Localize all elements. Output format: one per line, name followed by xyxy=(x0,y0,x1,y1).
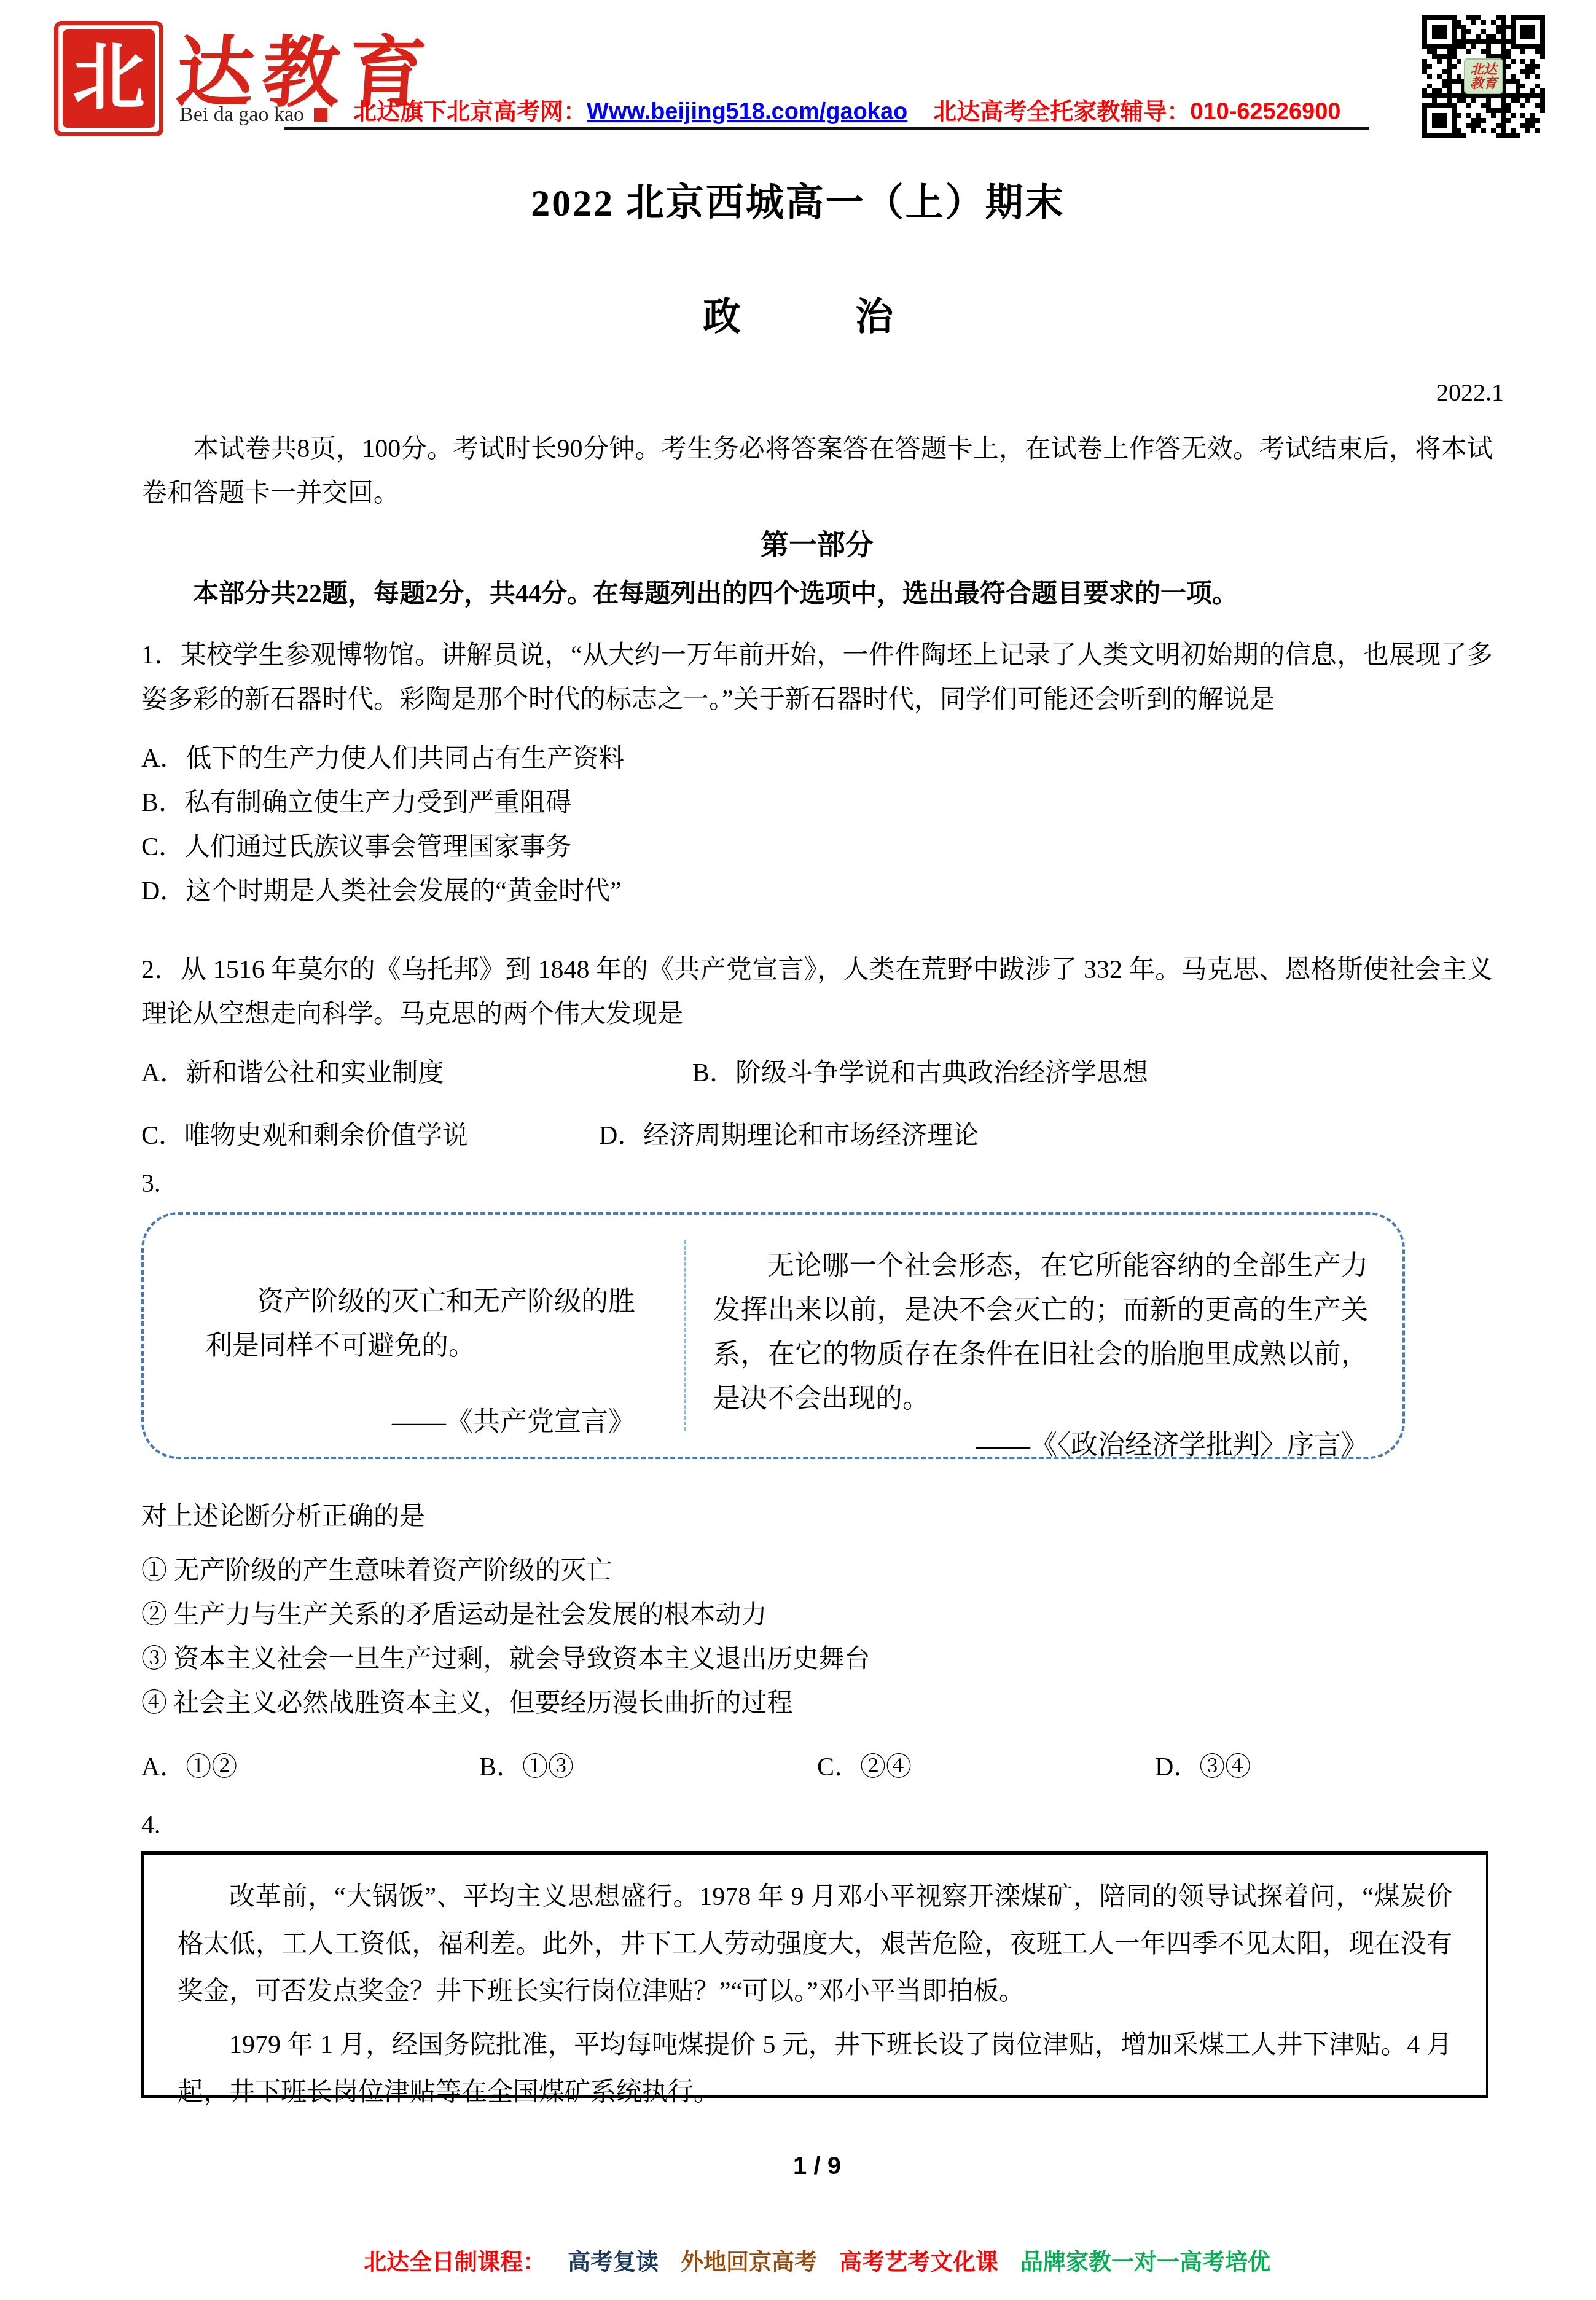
option-1a-label: A． xyxy=(141,745,186,773)
quote-left-column: 资产阶级的灭亡和无产阶级的胜利是同样不可避免的。 ——《共产党宣言》 xyxy=(144,1215,684,1457)
option-1b-label: B． xyxy=(141,789,184,817)
site-label: 北达旗下北京高考网： xyxy=(353,99,587,125)
question-3-stem: 对上述论断分析正确的是 xyxy=(141,1495,1493,1539)
option-1c[interactable]: C．人们通过氏族议事会管理国家事务 xyxy=(141,825,1493,869)
question-4-number: 4. xyxy=(141,1807,1493,1844)
question-2-option-row-1: A．新和谐公社和实业制度 B．阶级斗争学说和古典政治经济学思想 xyxy=(141,1051,1493,1095)
option-1c-label: C． xyxy=(141,833,184,861)
statement-3: ③ 资本主义社会一旦生产过剩，就会导致资本主义退出历史舞台 xyxy=(141,1637,1493,1681)
statement-1: ① 无产阶级的产生意味着资产阶级的灭亡 xyxy=(141,1549,1493,1593)
question-3-quote-box: 资产阶级的灭亡和无产阶级的胜利是同样不可避免的。 ——《共产党宣言》 无论哪一个… xyxy=(141,1212,1405,1459)
question-3-statements: ① 无产阶级的产生意味着资产阶级的灭亡 ② 生产力与生产关系的矛盾运动是社会发展… xyxy=(141,1549,1493,1726)
option-2a-text: 新和谐公社和实业制度 xyxy=(186,1059,444,1087)
seal-character: 北 xyxy=(72,42,145,115)
question-1-stem: 1．某校学生参观博物馆。讲解员说，“从大约一万年前开始，一件件陶坯上记录了人类文… xyxy=(141,633,1493,722)
question-1-number: 1． xyxy=(141,641,181,670)
page-indicator: 1 / 9 xyxy=(141,2153,1493,2180)
exam-notice: 本试卷共8页，100分。考试时长90分钟。考生务必将答案答在答题卡上，在试卷上作… xyxy=(141,427,1493,515)
option-3a-text: ①② xyxy=(186,1753,237,1782)
option-3a[interactable]: A．①② xyxy=(141,1745,479,1790)
option-3d-text: ③④ xyxy=(1199,1753,1251,1782)
question-4-material-box: 改革前，“大锅饭”、平均主义思想盛行。1978 年 9 月邓小平视察开滦煤矿，陪… xyxy=(141,1851,1488,2098)
qr-label-line1: 北达 xyxy=(1470,62,1497,76)
exam-date: 2022.1 xyxy=(0,378,1596,407)
question-2-number: 2． xyxy=(141,956,181,984)
exam-subject: 政 治 xyxy=(0,286,1596,341)
option-2a-label: A． xyxy=(141,1059,186,1087)
option-2b-label: B． xyxy=(692,1059,735,1087)
material-paragraph-2: 1979 年 1 月，经国务院批准，平均每吨煤提价 5 元，井下班长设了岗位津贴… xyxy=(178,2022,1452,2116)
question-1: 1．某校学生参观博物馆。讲解员说，“从大约一万年前开始，一件件陶坯上记录了人类文… xyxy=(141,633,1493,913)
qr-code: 北达 教育 xyxy=(1420,15,1547,138)
question-1-text: 某校学生参观博物馆。讲解员说，“从大约一万年前开始，一件件陶坯上记录了人类文明初… xyxy=(141,641,1493,714)
option-3a-label: A． xyxy=(141,1753,186,1782)
material-paragraph-1: 改革前，“大锅饭”、平均主义思想盛行。1978 年 9 月邓小平视察开滦煤矿，陪… xyxy=(178,1874,1452,2016)
statement-2: ② 生产力与生产关系的矛盾运动是社会发展的根本动力 xyxy=(141,1593,1493,1637)
option-3c[interactable]: C．②④ xyxy=(817,1745,1155,1790)
option-3c-text: ②④ xyxy=(860,1753,912,1782)
option-3b-text: ①③ xyxy=(522,1753,574,1782)
question-1-options: A．低下的生产力使人们共同占有生产资料 B．私有制确立使生产力受到严重阻碍 C．… xyxy=(141,737,1493,913)
promo-segment-2: 高考复读 xyxy=(568,2250,659,2275)
question-2-stem: 2．从 1516 年莫尔的《乌托邦》到 1848 年的《共产党宣言》，人类在荒野… xyxy=(141,948,1493,1036)
question-3-number: 3. xyxy=(141,1165,1493,1202)
part1-heading: 第一部分 xyxy=(141,529,1493,561)
promo-segment-1: 北达全日制课程： xyxy=(364,2250,546,2275)
question-2-option-row-2: C．唯物史观和剩余价值学说 D．经济周期理论和市场经济理论 xyxy=(141,1114,1493,1158)
option-3d[interactable]: D．③④ xyxy=(1155,1745,1493,1790)
exam-title: 2022 北京西城高一（上）期末 xyxy=(0,172,1596,227)
option-3b[interactable]: B．①③ xyxy=(479,1745,817,1790)
header-contact-line: 北达旗下北京高考网：Www.beijing518.com/gaokao北达高考全… xyxy=(353,92,1340,126)
quote-left-text: 资产阶级的灭亡和无产阶级的胜利是同样不可避免的。 xyxy=(205,1280,660,1368)
qr-label-line2: 教育 xyxy=(1470,76,1497,90)
option-3b-label: B． xyxy=(479,1753,522,1782)
seal-background: 北 xyxy=(63,29,155,128)
option-1b-text: 私有制确立使生产力受到严重阻碍 xyxy=(184,789,571,817)
qr-center-label: 北达 教育 xyxy=(1464,58,1503,94)
option-2c-label: C． xyxy=(141,1122,184,1150)
option-1b[interactable]: B．私有制确立使生产力受到严重阻碍 xyxy=(141,781,1493,825)
promo-segment-3: 外地回京高考 xyxy=(681,2250,817,2275)
quote-right-text: 无论哪一个社会形态，在它所能容纳的全部生产力发挥出来以前，是决不会灭亡的；而新的… xyxy=(713,1244,1368,1421)
option-2a[interactable]: A．新和谐公社和实业制度 xyxy=(141,1051,692,1095)
option-2d[interactable]: D．经济周期理论和市场经济理论 xyxy=(599,1114,979,1158)
question-2-text: 从 1516 年莫尔的《乌托邦》到 1848 年的《共产党宣言》，人类在荒野中跋… xyxy=(141,956,1493,1028)
promo-segment-4: 高考艺考文化课 xyxy=(839,2250,998,2275)
footer-promo: 北达全日制课程：高考复读外地回京高考高考艺考文化课品牌家教一对一高考培优 xyxy=(141,2243,1493,2277)
page-header: 北 达教育 Bei da gao kao 北达旗下北京高考网：Www.beiji… xyxy=(0,0,1596,167)
option-2d-text: 经济周期理论和市场经济理论 xyxy=(643,1122,979,1150)
option-2c-text: 唯物史观和剩余价值学说 xyxy=(184,1122,468,1150)
option-3d-label: D． xyxy=(1155,1753,1199,1782)
option-1d-text: 这个时期是人类社会发展的“黄金时代” xyxy=(186,877,621,906)
beida-seal-logo: 北 xyxy=(54,21,163,136)
brand-tagline-row: Bei da gao kao xyxy=(179,103,327,127)
quote-right-column: 无论哪一个社会形态，在它所能容纳的全部生产力发挥出来以前，是决不会灭亡的；而新的… xyxy=(686,1215,1402,1457)
quote-left-source: ——《共产党宣言》 xyxy=(205,1400,660,1444)
option-1d[interactable]: D．这个时期是人类社会发展的“黄金时代” xyxy=(141,869,1493,913)
quote-right-source: ——《〈政治经济学批判〉序言》 xyxy=(713,1423,1368,1468)
option-2b[interactable]: B．阶级斗争学说和古典政治经济学思想 xyxy=(692,1051,1148,1095)
header-divider xyxy=(284,127,1369,130)
exam-page: 北 达教育 Bei da gao kao 北达旗下北京高考网：Www.beiji… xyxy=(0,0,1596,2300)
option-2d-label: D． xyxy=(599,1122,643,1150)
question-2-options: A．新和谐公社和实业制度 B．阶级斗争学说和古典政治经济学思想 C．唯物史观和剩… xyxy=(141,1051,1493,1158)
option-1a-text: 低下的生产力使人们共同占有生产资料 xyxy=(186,745,624,773)
option-2b-text: 阶级斗争学说和古典政治经济学思想 xyxy=(735,1059,1148,1087)
option-3c-label: C． xyxy=(817,1753,860,1782)
site-link[interactable]: Www.beijing518.com/gaokao xyxy=(587,99,907,125)
option-2c[interactable]: C．唯物史观和剩余价值学说 xyxy=(141,1114,599,1158)
exam-content: 本试卷共8页，100分。考试时长90分钟。考生务必将答案答在答题卡上，在试卷上作… xyxy=(0,427,1596,2277)
tutor-phone: 010-62526900 xyxy=(1190,99,1340,125)
tutor-label: 北达高考全托家教辅导： xyxy=(933,99,1190,125)
question-2: 2．从 1516 年莫尔的《乌托邦》到 1848 年的《共产党宣言》，人类在荒野… xyxy=(141,948,1493,1158)
red-square-icon xyxy=(314,108,327,122)
promo-segment-5: 品牌家教一对一高考培优 xyxy=(1020,2250,1270,2275)
option-1c-text: 人们通过氏族议事会管理国家事务 xyxy=(184,833,571,861)
brand-tagline: Bei da gao kao xyxy=(179,103,304,127)
option-1d-label: D． xyxy=(141,877,186,906)
option-1a[interactable]: A．低下的生产力使人们共同占有生产资料 xyxy=(141,737,1493,781)
question-3-options: A．①② B．①③ C．②④ D．③④ xyxy=(141,1745,1493,1790)
part1-rubric: 本部分共22题，每题2分，共44分。在每题列出的四个选项中，选出最符合题目要求的… xyxy=(141,575,1493,613)
statement-4: ④ 社会主义必然战胜资本主义，但要经历漫长曲折的过程 xyxy=(141,1681,1493,1726)
